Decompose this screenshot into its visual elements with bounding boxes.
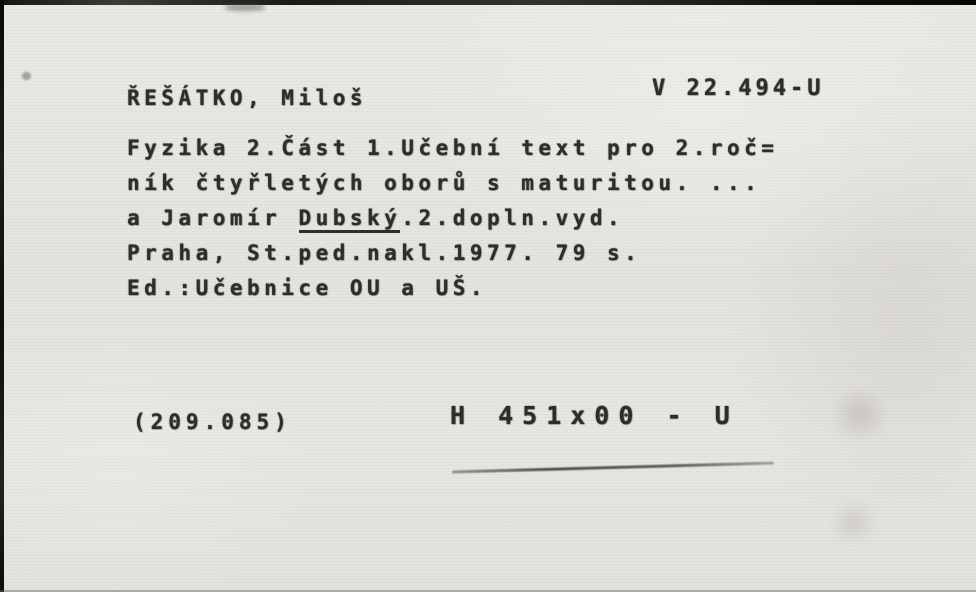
accession-number: (209.085) <box>133 410 292 434</box>
paper-smudge <box>828 388 892 440</box>
author-line-suffix: .2.dopln.vyd. <box>401 206 624 230</box>
imprint-line: Praha, St.ped.nakl.1977. 79 s. <box>127 236 778 271</box>
author-line-prefix: a Jaromír <box>127 206 298 230</box>
author-heading: ŘEŠÁTKO, Miloš <box>127 86 367 110</box>
paper-smudge <box>826 502 880 544</box>
shelf-mark: H 451x00 - U <box>450 401 739 430</box>
title-line-2: ník čtyřletých oborů s maturitou. ... <box>127 166 778 201</box>
description-block: Fyzika 2.Část 1.Učební text pro 2.roč= n… <box>127 131 778 306</box>
paper-speck <box>225 4 265 11</box>
scan-edge-left <box>0 0 4 592</box>
author-surname-underlined: Dubský <box>298 206 401 230</box>
author-line: a Jaromír Dubský.2.dopln.vyd. <box>127 201 778 236</box>
catalog-card-scan: ŘEŠÁTKO, Miloš V 22.494-U Fyzika 2.Část … <box>0 0 976 592</box>
call-number: V 22.494-U <box>652 76 824 101</box>
scan-edge-top <box>0 0 976 5</box>
series-line: Ed.:Učebnice OU a UŠ. <box>127 271 778 306</box>
title-line-1: Fyzika 2.Část 1.Učební text pro 2.roč= <box>127 131 778 166</box>
pencil-underline <box>452 462 774 474</box>
paper-speck <box>22 72 31 80</box>
